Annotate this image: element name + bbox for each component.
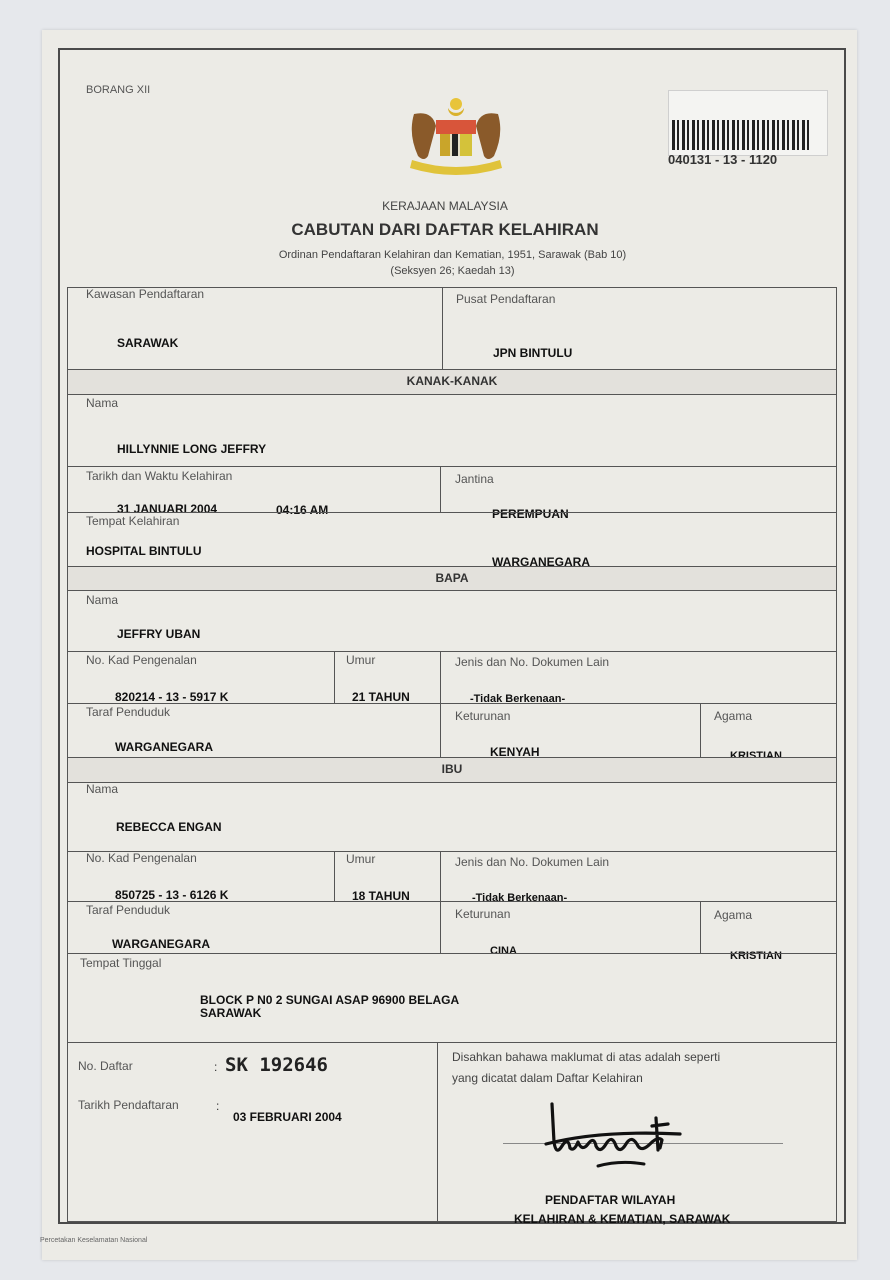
father-residency-label: Taraf Penduduk: [86, 705, 170, 719]
register-no-colon: :: [214, 1060, 217, 1074]
divider: [334, 851, 335, 901]
divider: [67, 1042, 837, 1043]
divider: [67, 590, 837, 591]
mother-otherdoc-label: Jenis dan No. Dokumen Lain: [455, 855, 609, 869]
form-code: BORANG XII: [86, 84, 150, 96]
child-name-label: Nama: [86, 396, 118, 410]
mother-religion-label: Agama: [714, 908, 752, 922]
child-gender-value: PEREMPUAN: [492, 507, 569, 521]
divider: [700, 703, 701, 757]
divider: [334, 651, 335, 703]
mother-residency-value: WARGANEGARA: [112, 937, 210, 951]
divider: [440, 851, 441, 953]
mother-residency-label: Taraf Penduduk: [86, 903, 170, 917]
registration-area-value: SARAWAK: [117, 336, 178, 350]
signature-icon: [540, 1100, 700, 1180]
divider: [67, 703, 837, 704]
mother-address-line1: BLOCK P N0 2 SUNGAI ASAP 96900 BELAGA: [200, 993, 459, 1007]
barcode-number: 040131 - 13 - 1120: [668, 152, 777, 167]
divider: [442, 287, 443, 370]
divider: [67, 901, 837, 902]
father-section-title: BAPA: [67, 571, 837, 585]
registration-center-value: JPN BINTULU: [493, 346, 572, 360]
divider: [67, 651, 837, 652]
register-date-colon: :: [216, 1099, 219, 1113]
registration-area-label: Kawasan Pendaftaran: [86, 287, 204, 301]
father-ic-value: 820214 - 13 - 5917 K: [115, 690, 228, 704]
father-religion-label: Agama: [714, 709, 752, 723]
ordinance-reference: Ordinan Pendaftaran Kelahiran dan Kemati…: [0, 249, 890, 261]
signatory-title-2: KELAHIRAN & KEMATIAN, SARAWAK: [514, 1212, 730, 1226]
mother-otherdoc-value: -Tidak Berkenaan-: [472, 892, 567, 904]
child-gender-label: Jantina: [455, 472, 494, 486]
father-name-value: JEFFRY UBAN: [117, 627, 200, 641]
barcode-icon: [672, 120, 810, 150]
register-no-label: No. Daftar: [78, 1059, 133, 1073]
child-section-title: KANAK-KANAK: [67, 374, 837, 388]
divider: [440, 651, 441, 757]
mother-ethnicity-label: Keturunan: [455, 907, 510, 921]
father-otherdoc-label: Jenis dan No. Dokumen Lain: [455, 655, 609, 669]
printer-note: Percetakan Keselamatan Nasional: [40, 1237, 147, 1244]
divider: [67, 466, 837, 467]
divider: [67, 757, 837, 758]
mother-section-title: IBU: [67, 762, 837, 776]
father-ic-label: No. Kad Pengenalan: [86, 653, 197, 667]
certification-statement-1: Disahkan bahawa maklumat di atas adalah …: [452, 1050, 720, 1064]
register-date-label: Tarikh Pendaftaran: [78, 1098, 179, 1112]
divider: [67, 394, 837, 395]
mother-age-label: Umur: [346, 852, 375, 866]
government-heading: KERAJAAN MALAYSIA: [0, 199, 890, 213]
register-no-value: SK 192646: [225, 1054, 328, 1076]
mother-address-label: Tempat Tinggal: [80, 956, 161, 970]
divider: [700, 901, 701, 953]
mother-address-line2: SARAWAK: [200, 1006, 261, 1020]
mother-ic-label: No. Kad Pengenalan: [86, 851, 197, 865]
section-reference: (Seksyen 26; Kaedah 13): [0, 265, 890, 277]
father-age-label: Umur: [346, 653, 375, 667]
coat-of-arms-icon: [400, 94, 512, 178]
father-ethnicity-label: Keturunan: [455, 709, 510, 723]
document-title: CABUTAN DARI DAFTAR KELAHIRAN: [0, 220, 890, 240]
certification-statement-2: yang dicatat dalam Daftar Kelahiran: [452, 1071, 643, 1085]
signatory-title-1: PENDAFTAR WILAYAH: [545, 1193, 675, 1207]
child-name-value: HILLYNNIE LONG JEFFRY: [117, 442, 266, 456]
mother-religion-value: KRISTIAN: [730, 950, 782, 962]
register-date-value: 03 FEBRUARI 2004: [233, 1110, 342, 1124]
mother-ethnicity-value: CINA: [490, 945, 517, 957]
divider: [67, 782, 837, 783]
divider: [67, 566, 837, 567]
child-birthplace-label: Tempat Kelahiran: [86, 514, 179, 528]
father-name-label: Nama: [86, 593, 118, 607]
divider: [67, 953, 837, 954]
divider: [440, 466, 441, 513]
father-residency-value: WARGANEGARA: [115, 740, 213, 754]
mother-name-value: REBECCA ENGAN: [116, 820, 222, 834]
mother-name-label: Nama: [86, 782, 118, 796]
registration-center-label: Pusat Pendaftaran: [456, 292, 555, 306]
mother-ic-value: 850725 - 13 - 6126 K: [115, 888, 228, 902]
divider: [437, 1042, 438, 1222]
divider: [67, 512, 837, 513]
child-dob-time: 04:16 AM: [276, 503, 328, 517]
child-birthplace-value: HOSPITAL BINTULU: [86, 544, 202, 558]
divider: [67, 369, 837, 370]
father-age-value: 21 TAHUN: [352, 690, 410, 704]
child-dob-label: Tarikh dan Waktu Kelahiran: [86, 469, 232, 483]
